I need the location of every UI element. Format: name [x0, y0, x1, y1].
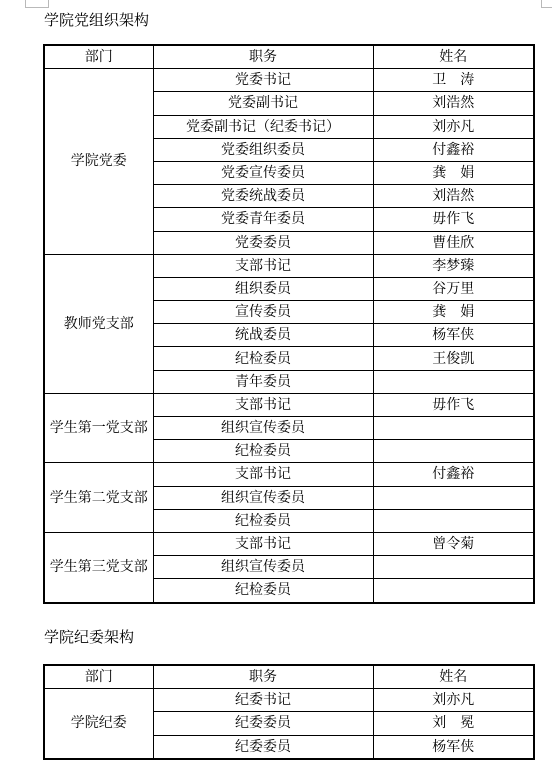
position-cell: 支部书记: [153, 532, 373, 555]
name-cell: [373, 370, 534, 393]
department-cell: 学院党委: [44, 69, 153, 255]
name-cell: 龚 娟: [373, 161, 534, 184]
name-cell: 李梦臻: [373, 254, 534, 277]
position-cell: 组织宣传委员: [153, 417, 373, 440]
name-cell: 刘浩然: [373, 92, 534, 115]
name-cell: [373, 509, 534, 532]
name-cell: 刘 冕: [373, 712, 534, 735]
name-cell: 王俊凯: [373, 347, 534, 370]
name-cell: 曾令菊: [373, 532, 534, 555]
position-cell: 支部书记: [153, 254, 373, 277]
name-cell: 谷万里: [373, 277, 534, 300]
position-cell: 纪委委员: [153, 712, 373, 735]
table-row: 学生第二党支部 支部书记 付鑫裕: [44, 463, 534, 486]
table-row: 教师党支部 支部书记 李梦臻: [44, 254, 534, 277]
name-cell: 曹佳欣: [373, 231, 534, 254]
department-cell: 教师党支部: [44, 254, 153, 393]
position-cell: 宣传委员: [153, 301, 373, 324]
header-name: 姓名: [373, 665, 534, 689]
position-cell: 党委宣传委员: [153, 161, 373, 184]
position-cell: 纪委书记: [153, 689, 373, 712]
position-cell: 党委委员: [153, 231, 373, 254]
party-structure-table: 部门 职务 姓名 学院党委 党委书记 卫 涛 党委副书记 刘浩然 党委副书记（纪…: [43, 44, 535, 604]
discipline-structure-title: 学院纪委架构: [44, 628, 134, 646]
position-cell: 组织委员: [153, 277, 373, 300]
position-cell: 纪检委员: [153, 509, 373, 532]
name-cell: 刘亦凡: [373, 115, 534, 138]
discipline-structure-table: 部门 职务 姓名 学院纪委 纪委书记 刘亦凡 纪委委员 刘 冕 纪委委员 杨军侠: [43, 664, 535, 760]
position-cell: 纪委委员: [153, 735, 373, 759]
position-cell: 统战委员: [153, 324, 373, 347]
header-name: 姓名: [373, 45, 534, 69]
name-cell: 毋作飞: [373, 393, 534, 416]
department-cell: 学生第一党支部: [44, 393, 153, 463]
name-cell: 付鑫裕: [373, 138, 534, 161]
name-cell: 龚 娟: [373, 301, 534, 324]
position-cell: 纪检委员: [153, 440, 373, 463]
position-cell: 组织宣传委员: [153, 486, 373, 509]
name-cell: [373, 579, 534, 603]
position-cell: 党委青年委员: [153, 208, 373, 231]
table-row: 学院党委 党委书记 卫 涛: [44, 69, 534, 92]
name-cell: 毋作飞: [373, 208, 534, 231]
name-cell: 刘浩然: [373, 185, 534, 208]
name-cell: 刘亦凡: [373, 689, 534, 712]
position-cell: 党委统战委员: [153, 185, 373, 208]
table-row: 学院纪委 纪委书记 刘亦凡: [44, 689, 534, 712]
name-cell: 杨军侠: [373, 735, 534, 759]
document-page: 学院党组织架构 部门 职务 姓名 学院党委 党委书记 卫 涛 党委副书记 刘浩然…: [0, 0, 552, 775]
position-cell: 青年委员: [153, 370, 373, 393]
position-cell: 纪检委员: [153, 347, 373, 370]
name-cell: [373, 556, 534, 579]
name-cell: [373, 417, 534, 440]
position-cell: 组织宣传委员: [153, 556, 373, 579]
position-cell: 纪检委员: [153, 579, 373, 603]
table-row: 学生第三党支部 支部书记 曾令菊: [44, 532, 534, 555]
name-cell: 杨军侠: [373, 324, 534, 347]
header-department: 部门: [44, 665, 153, 689]
margin-corner-mark-left: [25, 0, 49, 8]
name-cell: 付鑫裕: [373, 463, 534, 486]
name-cell: [373, 486, 534, 509]
position-cell: 党委副书记（纪委书记）: [153, 115, 373, 138]
department-cell: 学生第三党支部: [44, 532, 153, 602]
position-cell: 支部书记: [153, 463, 373, 486]
header-position: 职务: [153, 45, 373, 69]
table-header-row: 部门 职务 姓名: [44, 665, 534, 689]
position-cell: 党委书记: [153, 69, 373, 92]
name-cell: 卫 涛: [373, 69, 534, 92]
name-cell: [373, 440, 534, 463]
header-position: 职务: [153, 665, 373, 689]
position-cell: 支部书记: [153, 393, 373, 416]
position-cell: 党委组织委员: [153, 138, 373, 161]
margin-corner-mark-right: [541, 0, 552, 8]
table-row: 学生第一党支部 支部书记 毋作飞: [44, 393, 534, 416]
table-header-row: 部门 职务 姓名: [44, 45, 534, 69]
party-structure-title: 学院党组织架构: [44, 11, 149, 29]
department-cell: 学院纪委: [44, 689, 153, 759]
department-cell: 学生第二党支部: [44, 463, 153, 533]
position-cell: 党委副书记: [153, 92, 373, 115]
header-department: 部门: [44, 45, 153, 69]
